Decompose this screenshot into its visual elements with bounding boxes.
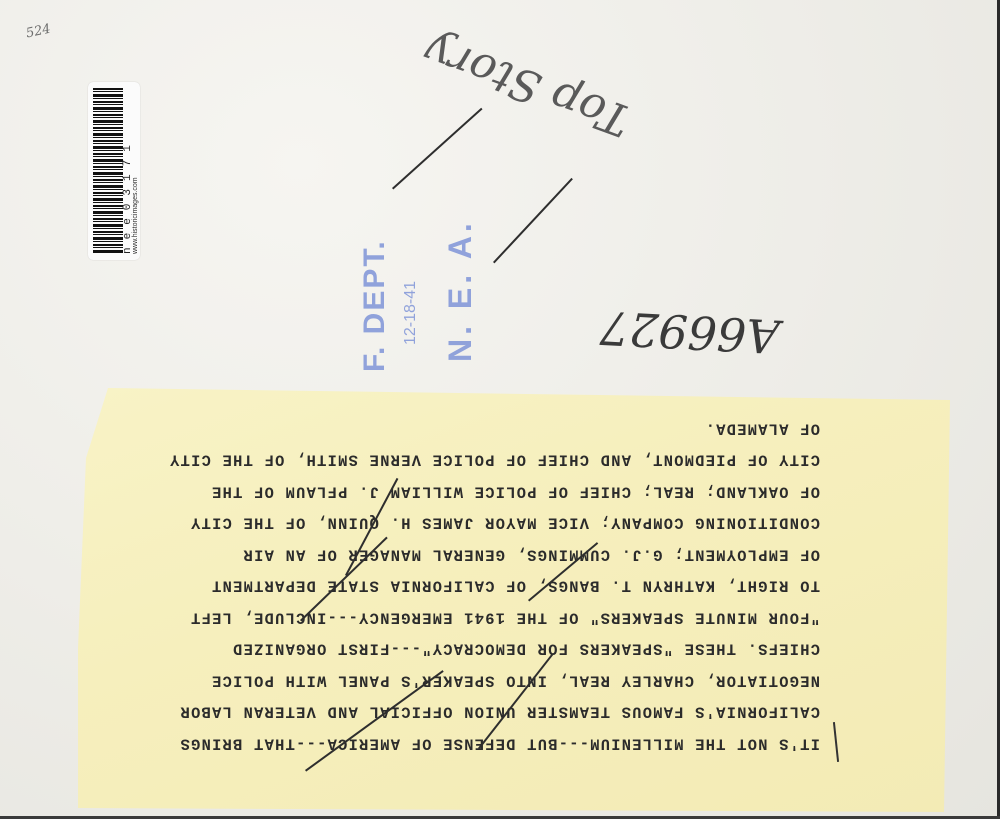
- caption-line: CALIFORNIA'S FAMOUS TEAMSTER UNION OFFIC…: [100, 696, 820, 728]
- barcode-icon: [93, 88, 123, 254]
- caption-line: IT'S NOT THE MILLENIUM---BUT DEFENSE OF …: [100, 727, 820, 759]
- caption-line: OF ALAMEDA.: [100, 412, 820, 444]
- caption-line: CHIEFS. THESE "SPEAKERS FOR DEMOCRACY"--…: [100, 633, 820, 665]
- stamp-dept: F. DEPT.: [358, 239, 392, 372]
- caption-line: CONDITIONING COMPANY; VICE MAYOR JAMES H…: [100, 507, 820, 539]
- stamp-date: 12-18-41: [402, 281, 420, 345]
- caption-line: NEGOTIATOR, CHARLEY REAL, INTO SPEAKER'S…: [100, 664, 820, 696]
- caption-line: CITY OF PIEDMONT, AND CHIEF OF POLICE VE…: [100, 444, 820, 476]
- caption-line: OF OAKLAND; REAL; CHIEF OF POLICE WILLIA…: [100, 475, 820, 507]
- stamp-agency: N. E. A.: [442, 219, 479, 362]
- handwritten-catalog-number: A66927: [599, 300, 781, 363]
- barcode-label: nee03171 www.historicimages.com: [88, 82, 140, 260]
- caption-line: "FOUR MINUTE SPEAKERS" OF THE 1941 EMERG…: [100, 601, 820, 633]
- caption-line: OF EMPLOYMENT; G.J. CUMMINGS, GENERAL MA…: [100, 538, 820, 570]
- caption-line: TO RIGHT, KATHRYN T. BANGS, OF CALIFORNI…: [100, 570, 820, 602]
- barcode-website: www.historicimages.com: [132, 177, 139, 254]
- caption-text: IT'S NOT THE MILLENIUM---BUT DEFENSE OF …: [100, 412, 820, 759]
